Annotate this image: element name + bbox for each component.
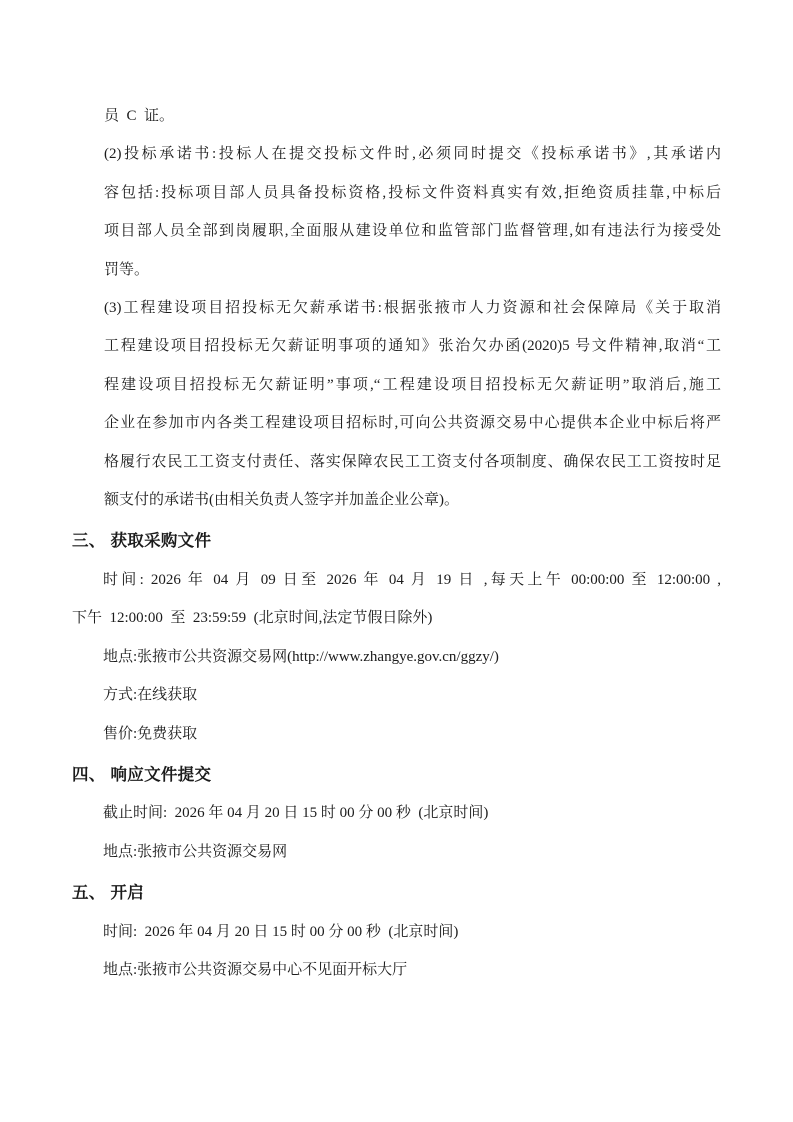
paragraph-line: 工程建设项目招投标无欠薪证明事项的通知》张治欠办函(2020)5 号文件精神,取… <box>104 327 721 365</box>
info-line: 截止时间: 2026 年 04 月 20 日 15 时 00 分 00 秒 (北… <box>72 794 721 832</box>
info-line: 时间: 2026 年 04 月 09 日至 2026 年 04 月 19 日 ,… <box>72 561 721 599</box>
info-line: 时间: 2026 年 04 月 20 日 15 时 00 分 00 秒 (北京时… <box>72 913 721 951</box>
paragraph-line: 员 C 证。 <box>104 97 721 135</box>
paragraph-line: 格履行农民工工资支付责任、落实保障农民工工资支付各项制度、确保农民工工资按时足 <box>104 443 721 481</box>
paragraph-line: 程建设项目招投标无欠薪证明”事项,“工程建设项目招投标无欠薪证明”取消后,施工 <box>104 366 721 404</box>
paragraph-line: (3)工程建设项目招投标无欠薪承诺书:根据张掖市人力资源和社会保障局《关于取消 <box>104 289 721 327</box>
paragraph-line: (2)投标承诺书:投标人在提交投标文件时,必须同时提交《投标承诺书》,其承诺内 <box>104 135 721 173</box>
info-line: 方式:在线获取 <box>72 676 721 714</box>
section-heading: 四、 响应文件提交 <box>72 756 721 794</box>
paragraph-line: 项目部人员全部到岗履职,全面服从建设单位和监管部门监督管理,如有违法行为接受处 <box>104 212 721 250</box>
info-line: 地点:张掖市公共资源交易网(http://www.zhangye.gov.cn/… <box>72 638 721 676</box>
info-line: 地点:张掖市公共资源交易中心不见面开标大厅 <box>72 951 721 989</box>
info-line: 售价:免费获取 <box>72 715 721 753</box>
section-heading: 三、 获取采购文件 <box>72 522 721 560</box>
paragraph-line: 额支付的承诺书(由相关负责人签字并加盖企业公章)。 <box>104 481 721 519</box>
document-page: 员 C 证。(2)投标承诺书:投标人在提交投标文件时,必须同时提交《投标承诺书》… <box>0 0 793 1122</box>
info-continuation-line: 下午 12:00:00 至 23:59:59 (北京时间,法定节假日除外) <box>72 599 721 637</box>
paragraph-line: 企业在参加市内各类工程建设项目招标时,可向公共资源交易中心提供本企业中标后将严 <box>104 404 721 442</box>
paragraph-line: 容包括:投标项目部人员具备投标资格,投标文件资料真实有效,拒绝资质挂靠,中标后 <box>104 174 721 212</box>
paragraph-line: 罚等。 <box>104 251 721 289</box>
info-line: 地点:张掖市公共资源交易网 <box>72 833 721 871</box>
section-heading: 五、 开启 <box>72 874 721 912</box>
